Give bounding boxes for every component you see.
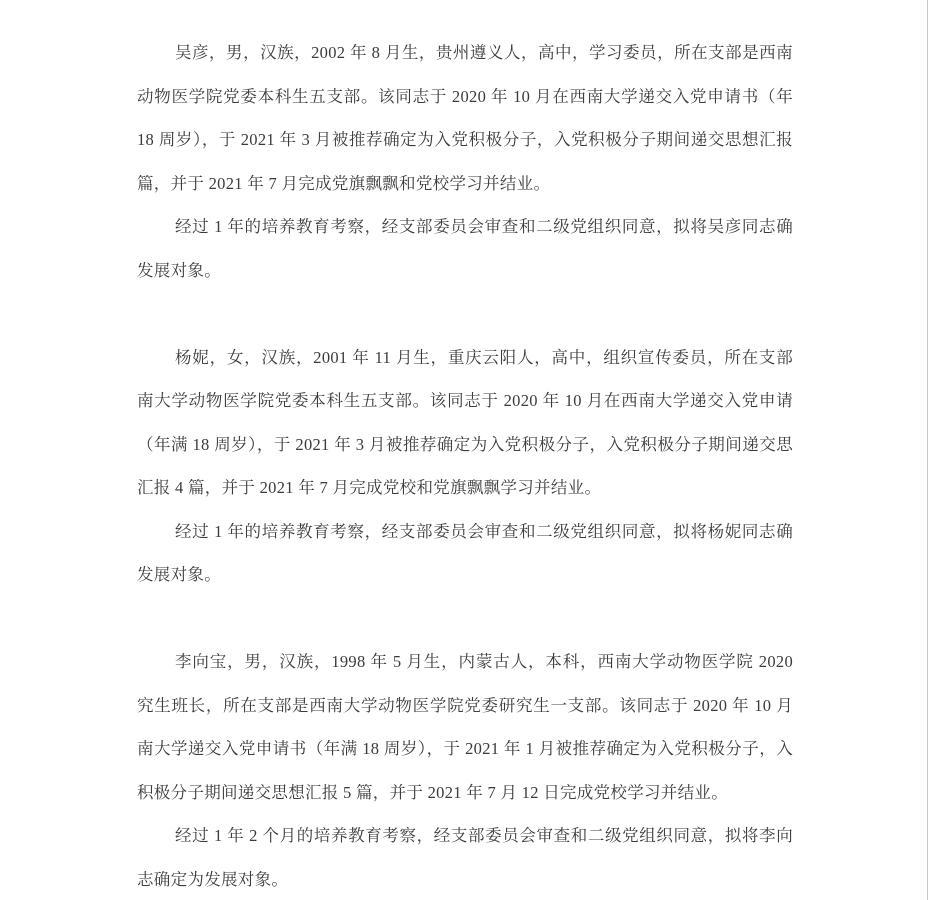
document-page: 吴彦，男，汉族，2002 年 8 月生，贵州遵义人，高中，学习委员，所在支部是西… <box>0 0 930 900</box>
text-line: 吴彦，男，汉族，2002 年 8 月生，贵州遵义人，高中，学习委员，所在支部是西… <box>137 31 793 75</box>
text-line: 究生班长，所在支部是西南大学动物医学院党委研究生一支部。该同志于 2020 年 … <box>137 684 793 728</box>
text-line: 积极分子期间递交思想汇报 5 篇，并于 2021 年 7 月 12 日完成党校学… <box>137 771 793 815</box>
text-line: 经过 1 年 2 个月的培养教育考察，经支部委员会审查和二级党组织同意，拟将李向… <box>137 814 793 858</box>
text-line: 18 周岁），于 2021 年 3 月被推荐确定为入党积极分子，入党积极分子期间… <box>137 118 793 162</box>
document-body: 吴彦，男，汉族，2002 年 8 月生，贵州遵义人，高中，学习委员，所在支部是西… <box>137 31 793 900</box>
blank-line <box>137 597 793 641</box>
text-line: 篇，并于 2021 年 7 月完成党旗飘飘和党校学习并结业。 <box>137 162 793 206</box>
text-line: 发展对象。 <box>137 553 793 597</box>
page-right-edge-line <box>927 0 928 900</box>
text-line: 发展对象。 <box>137 249 793 293</box>
text-line: 经过 1 年的培养教育考察，经支部委员会审查和二级党组织同意，拟将吴彦同志确定为 <box>137 205 793 249</box>
text-line: （年满 18 周岁），于 2021 年 3 月被推荐确定为入党积极分子，入党积极… <box>137 423 793 467</box>
text-line: 南大学动物医学院党委本科生五支部。该同志于 2020 年 10 月在西南大学递交… <box>137 379 793 423</box>
blank-line <box>137 292 793 336</box>
text-line: 李向宝，男，汉族，1998 年 5 月生，内蒙古人，本科，西南大学动物医学院 2… <box>137 640 793 684</box>
text-line: 志确定为发展对象。 <box>137 858 793 900</box>
text-line: 南大学递交入党申请书（年满 18 周岁），于 2021 年 1 月被推荐确定为入… <box>137 727 793 771</box>
text-line: 杨妮，女，汉族，2001 年 11 月生，重庆云阳人，高中，组织宣传委员，所在支… <box>137 336 793 380</box>
text-line: 动物医学院党委本科生五支部。该同志于 2020 年 10 月在西南大学递交入党申… <box>137 75 793 119</box>
text-line: 经过 1 年的培养教育考察，经支部委员会审查和二级党组织同意，拟将杨妮同志确定为 <box>137 510 793 554</box>
text-line: 汇报 4 篇，并于 2021 年 7 月完成党校和党旗飘飘学习并结业。 <box>137 466 793 510</box>
